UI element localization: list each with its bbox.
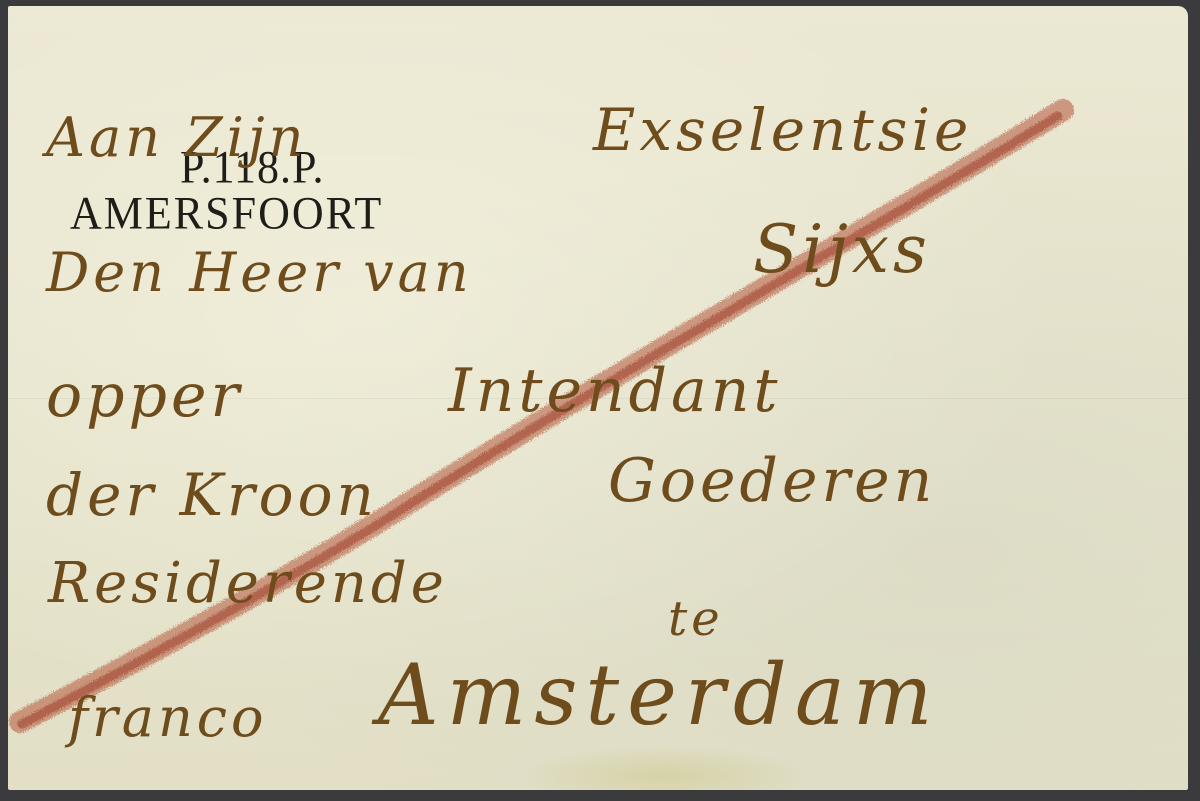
address-line: Residerende	[48, 551, 448, 616]
address-line: Goederen	[608, 446, 936, 516]
letter-sheet: P.118.P. AMERSFOORT Aan Zijn Exselentsie…	[8, 6, 1188, 790]
address-line: Aan Zijn	[46, 106, 307, 169]
franco-mark: franco	[68, 686, 268, 749]
postmark-town: AMERSFOORT	[70, 191, 383, 237]
address-line: opper	[46, 361, 243, 431]
address-line: te	[668, 591, 724, 647]
address-line: Exselentsie	[593, 96, 972, 164]
address-line: der Kroon	[46, 461, 378, 529]
address-line: Intendant	[448, 356, 782, 426]
address-line: Den Heer van	[46, 241, 473, 304]
address-line: Sijxs	[753, 211, 931, 288]
destination-city: Amsterdam	[378, 646, 941, 744]
